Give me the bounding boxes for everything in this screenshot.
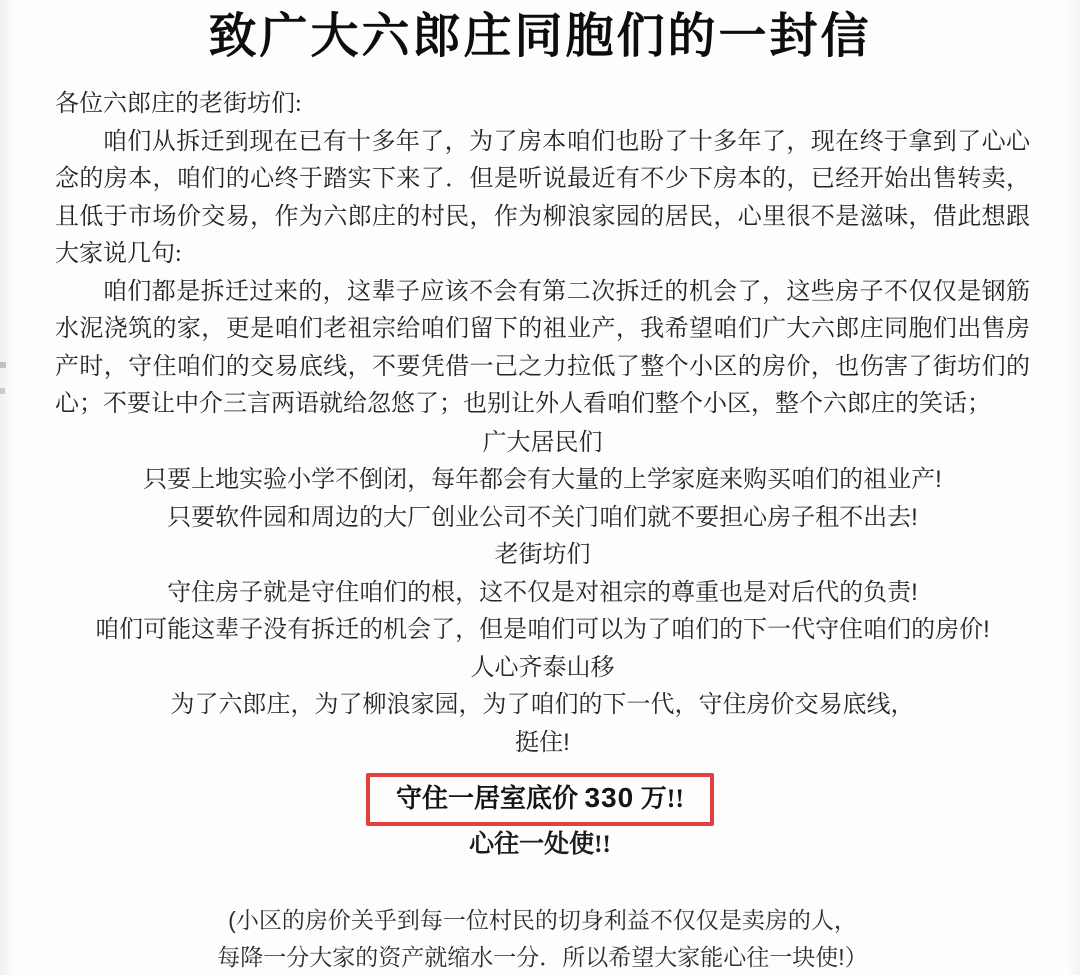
slogan-heading-residents: 广大居民们 <box>55 424 1030 462</box>
footnote: (小区的房价关乎到每一位村民的切身利益不仅仅是卖房的人， 每降一分大家的资产就缩… <box>55 902 1030 975</box>
slogan-line: 守住房子就是守住咱们的根，这不仅是对祖宗的尊重也是对后代的负责! <box>55 574 1030 612</box>
salutation: 各位六郎庄的老街坊们: <box>55 86 1030 124</box>
slogan-line: 为了六郎庄，为了柳浪家园，为了咱们的下一代，守住房价交易底线， <box>55 686 1030 724</box>
footnote-line: 每降一分大家的资产就缩水一分．所以希望大家能心往一块使!） <box>55 939 1030 975</box>
letter-page: 致广大六郎庄同胞们的一封信 各位六郎庄的老街坊们: 咱们从拆迁到现在已有十多年了… <box>0 0 1080 975</box>
page-title: 致广大六郎庄同胞们的一封信 <box>36 10 1044 64</box>
paragraph-2: 咱们都是拆迁过来的，这辈子应该不会有第二次拆迁的机会了，这些房子不仅仅是钢筋水泥… <box>55 274 1030 424</box>
slogan-heading-neighbors: 老街坊们 <box>55 536 1030 574</box>
slogan-section: 广大居民们 只要上地实验小学不倒闭，每年都会有大量的上学家庭来购买咱们的祖业产!… <box>55 424 1030 762</box>
slogan-heading-unity: 人心齐泰山移 <box>55 649 1030 687</box>
rally-line: 心往一处使!! <box>0 826 1080 864</box>
letter-body: 各位六郎庄的老街坊们: 咱们从拆迁到现在已有十多年了，为了房本咱们也盼了十多年了… <box>55 86 1030 424</box>
slogan-line: 挺住! <box>55 724 1030 762</box>
price-text-prefix: 守住一居室底价 <box>396 784 585 813</box>
price-text-suffix: 万!! <box>634 784 684 813</box>
price-value: 330 <box>584 782 634 813</box>
paragraph-1: 咱们从拆迁到现在已有十多年了，为了房本咱们也盼了十多年了，现在终于拿到了心心念的… <box>55 124 1030 274</box>
footnote-line: (小区的房价关乎到每一位村民的切身利益不仅仅是卖房的人， <box>55 902 1030 939</box>
slogan-line: 只要软件园和周边的大厂创业公司不关门咱们就不要担心房子租不出去! <box>55 499 1030 537</box>
slogan-line: 咱们可能这辈子没有拆迁的机会了，但是咱们可以为了咱们的下一代守住咱们的房价! <box>55 611 1030 649</box>
price-box-row: 守住一居室底价 330 万!! <box>0 773 1080 826</box>
price-highlight-box: 守住一居室底价 330 万!! <box>366 773 714 826</box>
slogan-line: 只要上地实验小学不倒闭，每年都会有大量的上学家庭来购买咱们的祖业产! <box>55 461 1030 499</box>
scan-artifact <box>0 358 7 400</box>
